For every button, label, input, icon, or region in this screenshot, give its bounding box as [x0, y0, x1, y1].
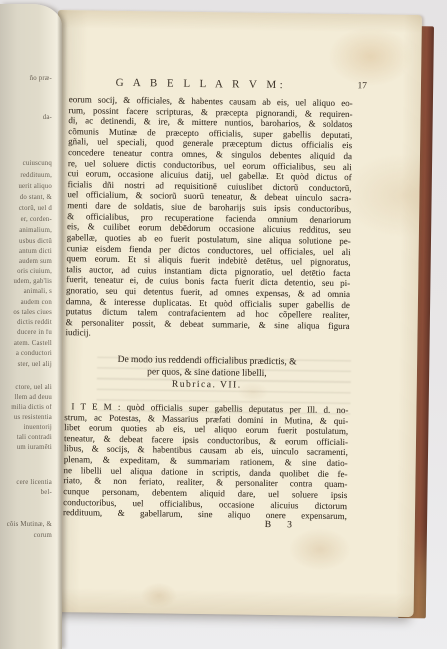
- verso-fragment-line: audem sum: [19, 258, 52, 265]
- text-block: G A B E L L A R V M: 17 eorum socij, & o…: [63, 76, 353, 532]
- verso-fragment-line: a conductori: [16, 350, 52, 357]
- paragraph-1: eorum socij, & officiales, & habentes ca…: [66, 94, 353, 331]
- verso-fragment-line: ctore, uel ali: [15, 384, 52, 391]
- verso-fragment-line: do stant, &: [20, 194, 52, 201]
- verso-fragment-line: ño præ-: [30, 75, 52, 82]
- verso-fragment-line: animali, s: [24, 288, 52, 295]
- verso-fragment-line: cere licentia: [16, 479, 52, 486]
- verso-fragment-line: ctorũ, uel d: [19, 205, 52, 212]
- verso-fragment-line: atem. Castell: [14, 340, 52, 347]
- verso-fragment-line: os tales ciues: [13, 309, 52, 316]
- verso-fragment-line: er, corden-: [21, 216, 52, 223]
- book-photo: G A B E L L A R V M: 17 eorum socij, & o…: [0, 0, 447, 649]
- verso-fragment-line: um iuramẽti: [17, 444, 52, 451]
- page-number: 17: [357, 81, 367, 91]
- verso-fragment-line: reddituum,: [20, 172, 52, 179]
- rubric-line-3: Rubrica. VII.: [65, 377, 349, 393]
- verso-fragment-line: tali contradi: [17, 434, 52, 441]
- verso-fragment-line: ster, uel alij: [18, 361, 52, 368]
- verso-fragment-line: bel-: [41, 489, 52, 496]
- verso-fragment-line: corum: [34, 532, 52, 539]
- verso-fragment-line: uerit aliquo: [18, 183, 52, 190]
- verso-fragment-line: ducere in fu: [17, 329, 52, 336]
- verso-fragment-line: llem ad deuu: [14, 394, 52, 401]
- signature-letter: B: [265, 520, 271, 531]
- verso-fragment-line: inuentorij: [24, 424, 52, 431]
- signature-number: 3: [287, 520, 292, 531]
- verso-fragment-line: dictis reddit: [17, 319, 52, 326]
- verso-fragment-line: da-: [43, 114, 52, 121]
- verso-fragment-line: usbus dictũ: [19, 238, 52, 245]
- verso-fragment-line: us resistentia: [14, 414, 52, 421]
- verso-fragment-line: audem con: [21, 299, 52, 306]
- recto-page: G A B E L L A R V M: 17 eorum socij, & o…: [50, 10, 422, 617]
- running-title: G A B E L L A R V M:: [59, 76, 343, 92]
- verso-fragment-line: antum dicti: [19, 248, 52, 255]
- verso-fragment-line: oris ciuium,: [17, 268, 52, 275]
- facing-verso-page-edge: ño præ-da-cuiuscunqreddituum,uerit aliqu…: [0, 4, 62, 649]
- verso-fragment-line: udem, gab'lis: [13, 278, 52, 285]
- verso-fragment-line: animalium,: [19, 227, 52, 234]
- running-header: G A B E L L A R V M: 17: [69, 76, 353, 93]
- verso-fragment-line: milia dictis of: [11, 404, 52, 411]
- rubric-heading: De modo ius reddendi officialibus prædic…: [65, 353, 349, 393]
- verso-fragment-line: cuiuscunq: [23, 160, 52, 167]
- paragraph-2: I T E M : quòd officialis super gabellis…: [63, 401, 349, 522]
- verso-fragment-line: cõis Mutinæ, &: [7, 521, 52, 528]
